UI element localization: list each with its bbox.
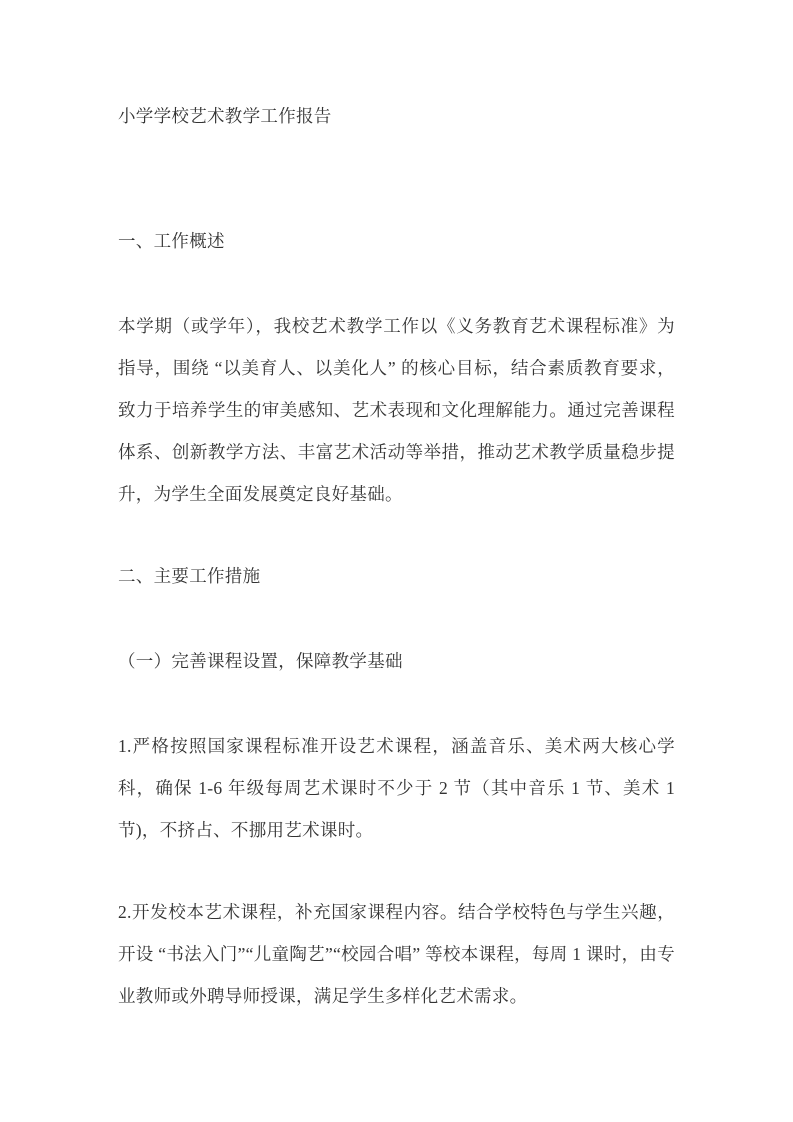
document-title: 小学学校艺术教学工作报告 xyxy=(118,95,675,137)
section-heading-measures: 二、主要工作措施 xyxy=(118,555,675,597)
paragraph-measure-2: 2.开发校本艺术课程，补充国家课程内容。结合学校特色与学生兴趣，开设 “书法入门… xyxy=(118,891,675,1017)
paragraph-overview: 本学期（或学年），我校艺术教学工作以《义务教育艺术课程标准》为指导，围绕 “以美… xyxy=(118,305,675,515)
paragraph-measure-1: 1.严格按照国家课程标准开设艺术课程，涵盖音乐、美术两大核心学科，确保 1-6 … xyxy=(118,725,675,851)
subsection-heading-curriculum: （一）完善课程设置，保障教学基础 xyxy=(118,640,675,682)
document-page: 小学学校艺术教学工作报告 一、工作概述 本学期（或学年），我校艺术教学工作以《义… xyxy=(0,0,793,1122)
section-heading-overview: 一、工作概述 xyxy=(118,220,675,262)
